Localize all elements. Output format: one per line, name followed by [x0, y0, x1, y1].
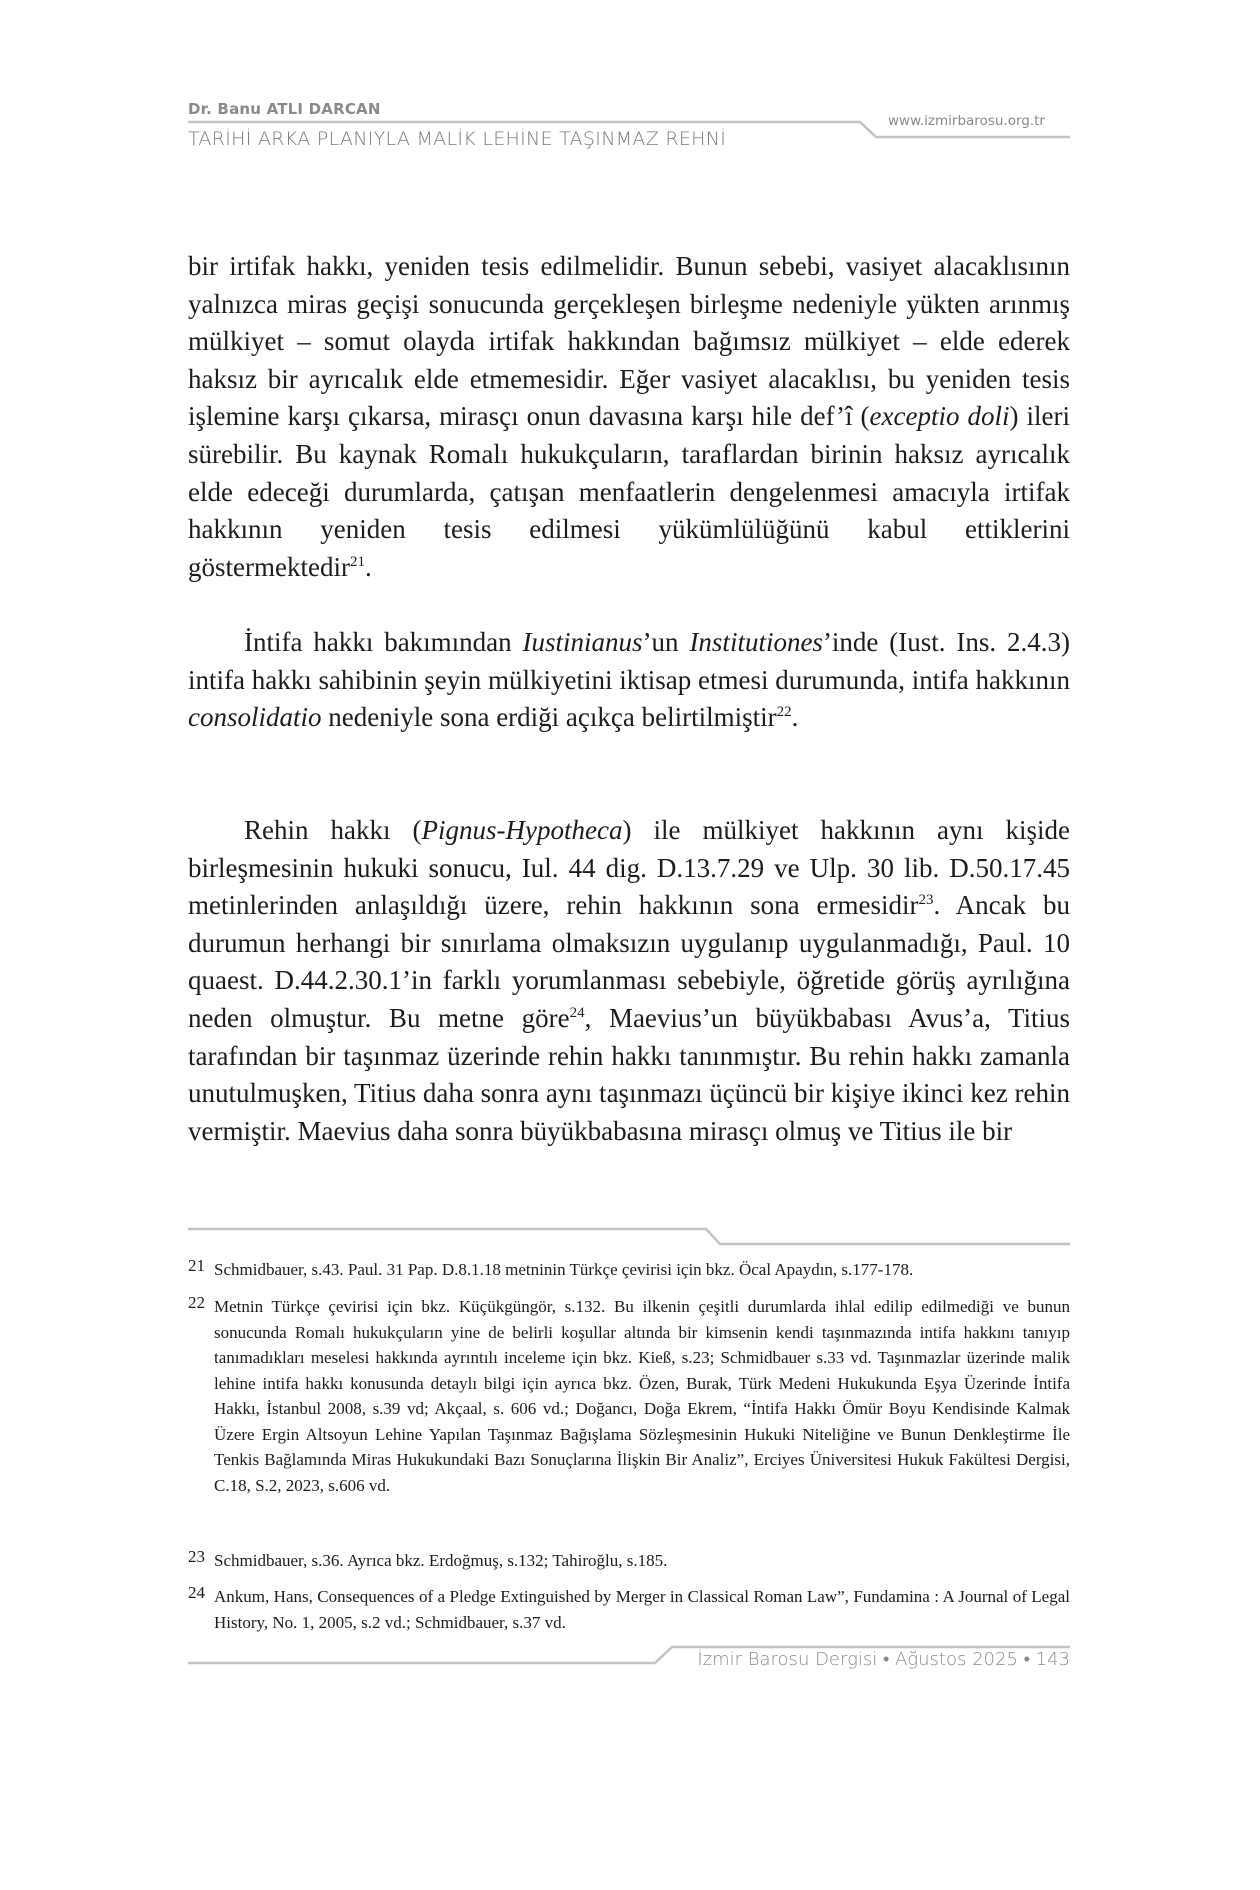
- footnote-number: 21: [188, 1253, 205, 1279]
- latin-term: Institutiones: [689, 627, 823, 657]
- body-paragraph-1: bir irtifak hakkı, yeniden tesis edilmel…: [188, 248, 1070, 586]
- footnote-number: 22: [188, 1290, 205, 1316]
- latin-term: Pignus-Hypotheca: [422, 815, 623, 845]
- punctuation: .: [792, 702, 799, 732]
- document-page: Dr. Banu ATLI DARCAN TARİHİ ARKA PLANIYL…: [0, 0, 1260, 1890]
- footnote-23: 23 Schmidbauer, s.36. Ayrıca bkz. Erdoğm…: [188, 1548, 1070, 1574]
- footnote-ref-24[interactable]: 24: [570, 1005, 585, 1021]
- paragraph-text: Rehin hakkı (: [244, 815, 422, 845]
- footnote-number: 24: [188, 1580, 205, 1606]
- footnote-text: Schmidbauer, s.36. Ayrıca bkz. Erdoğmuş,…: [188, 1548, 1070, 1574]
- footnote-ref-23[interactable]: 23: [918, 892, 933, 908]
- paragraph-text: nedeniyle sona erdiği açıkça belirtilmiş…: [322, 702, 777, 732]
- body-paragraph-2: İntifa hakkı bakımından Iustinianus’un I…: [188, 624, 1070, 737]
- footnote-ref-22[interactable]: 22: [777, 704, 792, 720]
- paragraph-text: İntifa hakkı bakımından: [244, 627, 523, 657]
- footnote-24: 24 Ankum, Hans, Consequences of a Pledge…: [188, 1584, 1070, 1635]
- latin-term: exceptio doli: [870, 401, 1010, 431]
- footnote-text: Ankum, Hans, Consequences of a Pledge Ex…: [188, 1584, 1070, 1635]
- footnote-separator-rule: [188, 1229, 1070, 1244]
- header-rule: [188, 122, 1070, 137]
- paragraph-text: ’un: [643, 627, 690, 657]
- latin-term: consolidatio: [188, 702, 322, 732]
- footer-running-text: İzmir Barosu Dergisi • Ağustos 2025 • 14…: [662, 1649, 1070, 1670]
- punctuation: .: [365, 552, 372, 582]
- body-paragraph-3: Rehin hakkı (Pignus-Hypotheca) ile mülki…: [188, 812, 1070, 1150]
- footnote-22: 22 Metnin Türkçe çevirisi için bkz. Küçü…: [188, 1294, 1070, 1498]
- latin-term: Iustinianus: [523, 627, 643, 657]
- footnote-number: 23: [188, 1544, 205, 1570]
- footnote-text: Schmidbauer, s.43. Paul. 31 Pap. D.8.1.1…: [188, 1257, 1070, 1283]
- footnote-text: Metnin Türkçe çevirisi için bkz. Küçükgü…: [188, 1294, 1070, 1498]
- footnote-21: 21 Schmidbauer, s.43. Paul. 31 Pap. D.8.…: [188, 1257, 1070, 1283]
- footnote-ref-21[interactable]: 21: [350, 554, 365, 570]
